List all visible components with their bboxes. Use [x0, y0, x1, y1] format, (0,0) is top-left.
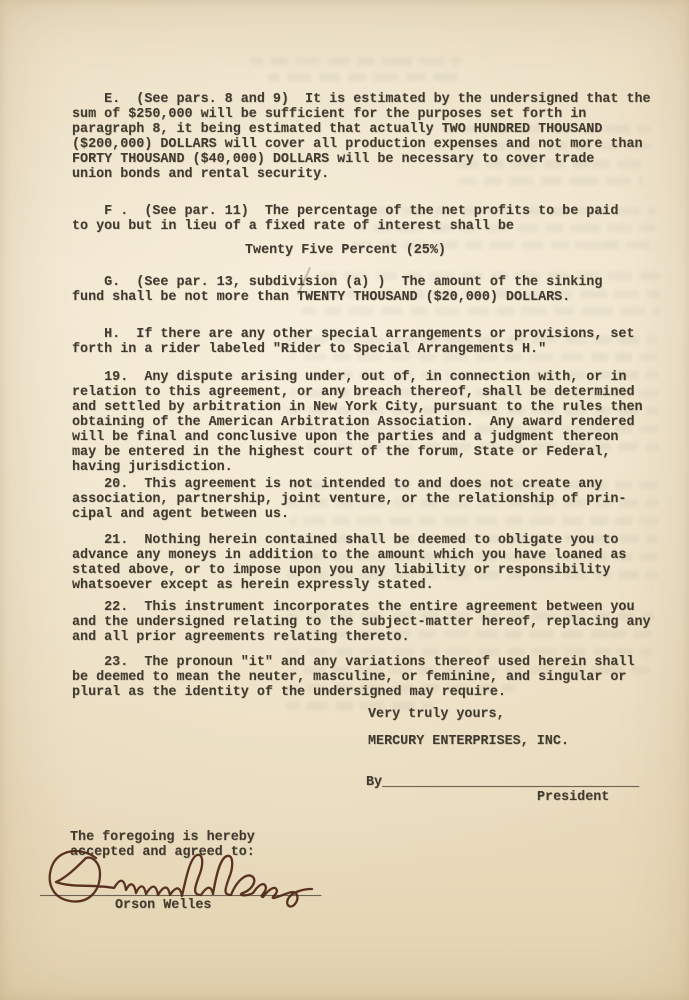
percent-line: Twenty Five Percent (25%): [245, 243, 446, 258]
clause-21: 21. Nothing herein contained shall be de…: [72, 533, 626, 593]
clause-e: E. (See pars. 8 and 9) It is estimated b…: [72, 92, 651, 182]
valediction: Very truly yours,: [368, 707, 505, 722]
bleed-through-artifact: [302, 307, 660, 315]
contract-page: E. (See pars. 8 and 9) It is estimated b…: [0, 0, 689, 1000]
clause-22: 22. This instrument incorporates the ent…: [72, 600, 651, 645]
president-title: President: [537, 790, 609, 805]
clause-g: G. (See par. 13, subdivision (a) ) The a…: [72, 275, 602, 305]
orson-welles-signature-icon: [38, 842, 323, 914]
company-name: MERCURY ENTERPRISES, INC.: [368, 734, 569, 749]
clause-20: 20. This agreement is not intended to an…: [72, 477, 626, 522]
by-signature-line: By________________________________: [366, 775, 639, 790]
bleed-through-artifact: [268, 73, 458, 81]
clause-23: 23. The pronoun "it" and any variations …: [72, 655, 635, 700]
bleed-through-artifact: [250, 57, 460, 65]
clause-h: H. If there are any other special arrang…: [72, 327, 635, 357]
clause-f: F . (See par. 11) The percentage of the …: [72, 204, 618, 234]
clause-19: 19. Any dispute arising under, out of, i…: [72, 370, 643, 475]
